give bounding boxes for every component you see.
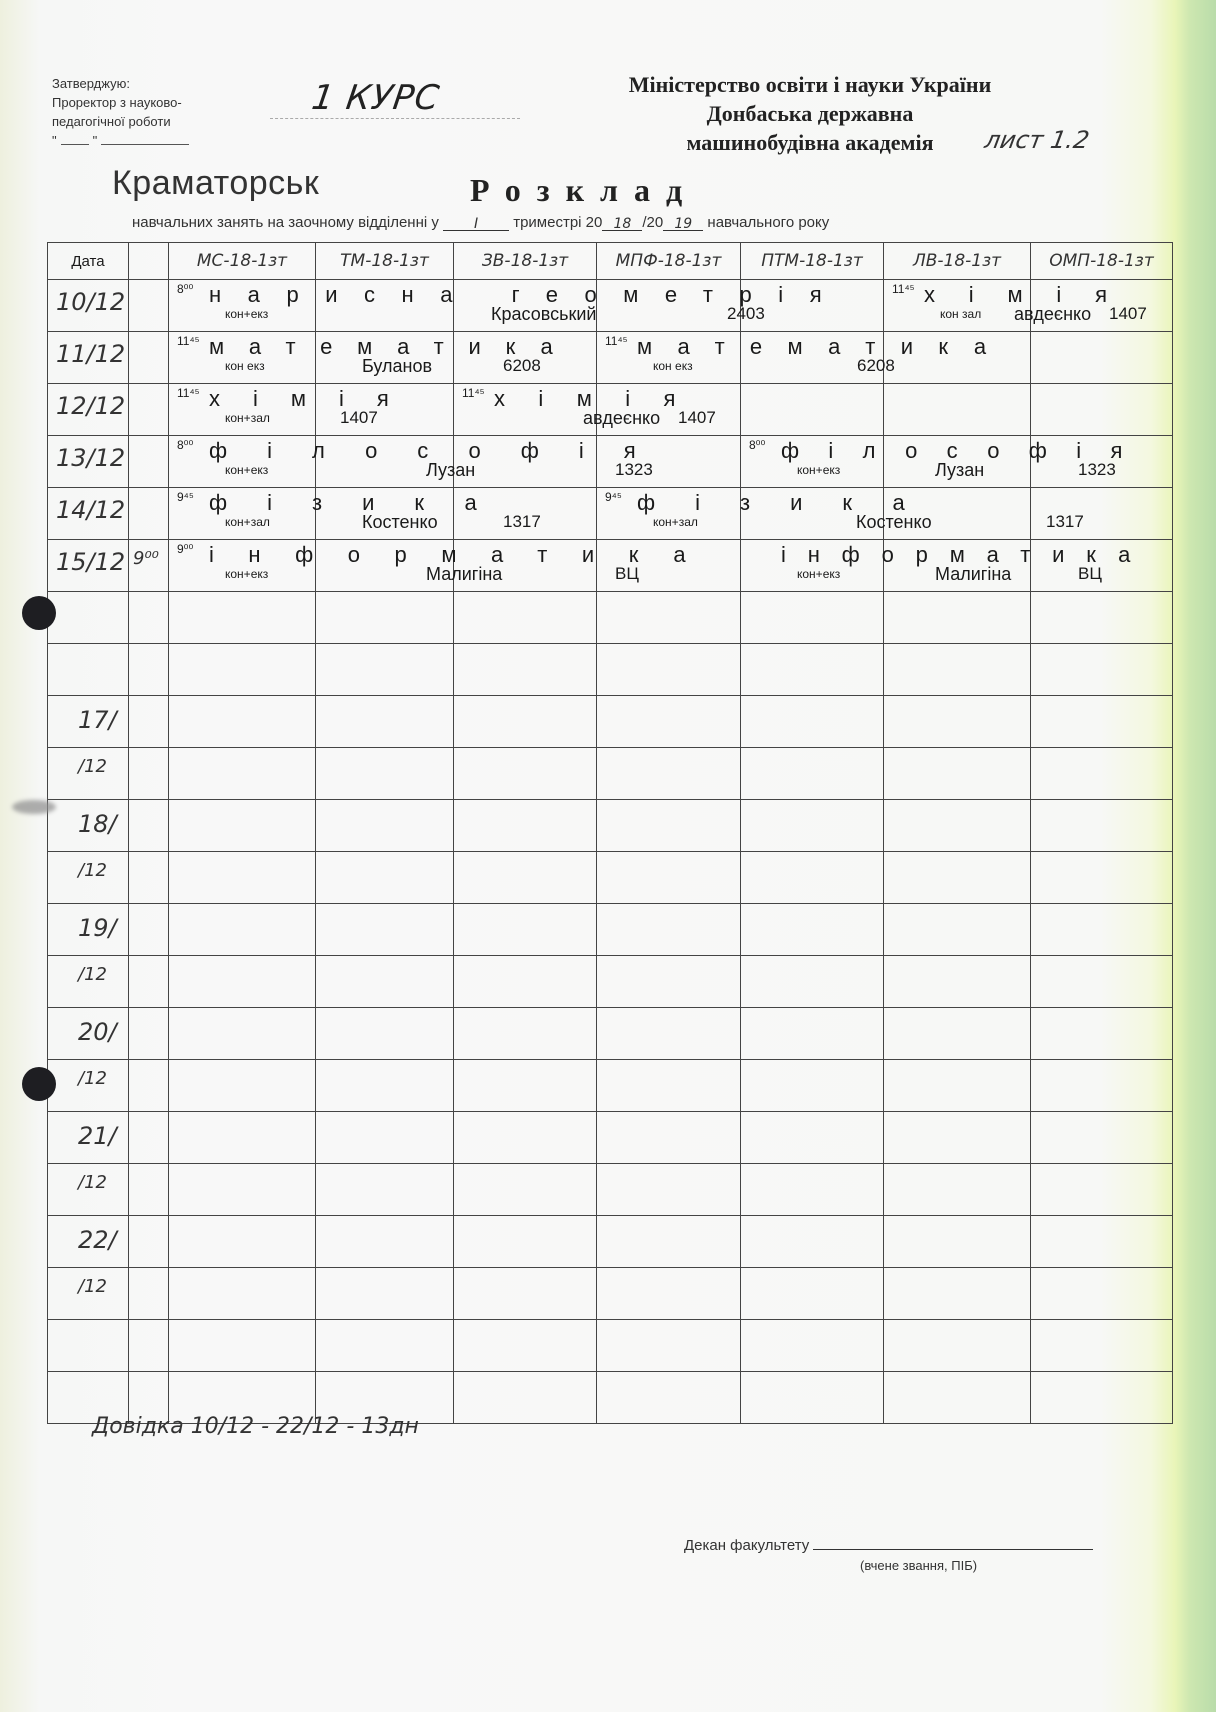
date-cell: 17/ <box>48 696 129 748</box>
schedule-cell <box>454 1372 597 1424</box>
schedule-cell <box>129 1112 169 1164</box>
schedule-cell <box>597 436 741 488</box>
time-cell <box>129 280 169 332</box>
course-underline <box>270 118 520 119</box>
schedule-row: /12 <box>48 748 1173 800</box>
schedule-row: /12 <box>48 1268 1173 1320</box>
lesson-time: 8⁰⁰ <box>177 282 193 296</box>
schedule-cell <box>884 436 1031 488</box>
schedule-row: /12 <box>48 1164 1173 1216</box>
group-header: МС-18-1зт <box>169 243 316 280</box>
schedule-cell: 9⁰⁰інформатикакон+екзМалигінаВЦ <box>169 540 316 592</box>
schedule-cell <box>741 1268 884 1320</box>
schedule-cell <box>454 852 597 904</box>
subtitle-text: /20 <box>642 214 663 231</box>
date-month: /12 <box>78 1172 107 1193</box>
date-month: /12 <box>78 1068 107 1089</box>
date-cell <box>48 644 129 696</box>
date-cell <box>48 592 129 644</box>
schedule-cell <box>454 436 597 488</box>
schedule-cell <box>741 1372 884 1424</box>
schedule-cell <box>454 540 597 592</box>
schedule-cell: 8⁰⁰нарисна геометріякон+екзКрасовський24… <box>169 280 316 332</box>
schedule-cell <box>454 696 597 748</box>
schedule-cell <box>741 1216 884 1268</box>
lesson-kind: кон екз <box>653 359 693 373</box>
schedule-cell <box>454 592 597 644</box>
schedule-cell: 11⁴⁵хіміякон+зал1407 <box>169 384 316 436</box>
date-value: 15/12 <box>56 548 125 576</box>
approval-signature: "" <box>52 131 189 150</box>
schedule-cell <box>316 280 454 332</box>
schedule-row: /12 <box>48 956 1173 1008</box>
schedule-cell <box>316 904 454 956</box>
schedule-cell <box>597 1060 741 1112</box>
document-title: Розклад <box>470 172 698 209</box>
date-month: /12 <box>78 1276 107 1297</box>
schedule-cell <box>454 1060 597 1112</box>
sheet-label: лист 1.2 <box>983 126 1092 154</box>
schedule-row: /12 <box>48 1060 1173 1112</box>
schedule-cell <box>1031 1320 1173 1372</box>
time-header <box>129 243 169 280</box>
schedule-cell <box>741 1060 884 1112</box>
date-month: /12 <box>78 756 107 777</box>
date-cell: 21/ <box>48 1112 129 1164</box>
schedule-cell <box>454 644 597 696</box>
schedule-row: 20/ <box>48 1008 1173 1060</box>
lesson-kind: кон+екз <box>225 463 268 477</box>
schedule-cell <box>169 1164 316 1216</box>
schedule-cell <box>597 696 741 748</box>
schedule-row <box>48 592 1173 644</box>
schedule-row: 22/ <box>48 1216 1173 1268</box>
schedule-cell <box>316 644 454 696</box>
date-cell: 22/ <box>48 1216 129 1268</box>
date-cell: 13/12 <box>48 436 129 488</box>
schedule-cell <box>169 1008 316 1060</box>
date-day: 19/ <box>78 914 117 942</box>
schedule-cell <box>884 904 1031 956</box>
date-cell: /12 <box>48 748 129 800</box>
schedule-cell <box>316 1320 454 1372</box>
schedule-cell <box>454 280 597 332</box>
schedule-cell <box>884 1008 1031 1060</box>
date-cell: /12 <box>48 1164 129 1216</box>
schedule-cell <box>316 748 454 800</box>
schedule-cell <box>741 1008 884 1060</box>
ministry-line-1: Міністерство освіти і науки України <box>560 70 1060 99</box>
schedule-cell: 11⁴⁵хіміяавдеєнко1407 <box>454 384 597 436</box>
schedule-cell <box>48 1320 129 1372</box>
date-cell: 12/12 <box>48 384 129 436</box>
schedule-cell <box>1031 436 1173 488</box>
schedule-cell <box>129 1164 169 1216</box>
time-cell <box>129 488 169 540</box>
schedule-cell <box>316 956 454 1008</box>
lesson-time: 8⁰⁰ <box>177 438 193 452</box>
schedule-cell <box>454 1112 597 1164</box>
lesson-time: 11⁴⁵ <box>177 386 200 400</box>
schedule-cell <box>169 800 316 852</box>
date-cell: 15/12 <box>48 540 129 592</box>
schedule-cell <box>884 1320 1031 1372</box>
lesson-kind: кон+екз <box>225 567 268 581</box>
schedule-cell <box>597 800 741 852</box>
date-cell: 20/ <box>48 1008 129 1060</box>
schedule-cell <box>597 748 741 800</box>
group-header: ЗВ-18-1зт <box>454 243 597 280</box>
schedule-row: 21/ <box>48 1112 1173 1164</box>
date-day: 20/ <box>78 1018 117 1046</box>
schedule-cell <box>316 852 454 904</box>
schedule-cell <box>741 1164 884 1216</box>
schedule-cell <box>316 1216 454 1268</box>
schedule-cell <box>1031 540 1173 592</box>
date-cell: /12 <box>48 852 129 904</box>
schedule-cell <box>454 332 597 384</box>
lesson-time: 11⁴⁵ <box>605 334 628 348</box>
lesson-kind: кон+зал <box>225 411 270 425</box>
date-value: 14/12 <box>56 496 125 524</box>
schedule-cell <box>169 592 316 644</box>
schedule-cell <box>169 852 316 904</box>
schedule-cell <box>129 1216 169 1268</box>
schedule-cell <box>129 852 169 904</box>
schedule-cell <box>1031 1216 1173 1268</box>
schedule-cell <box>316 592 454 644</box>
schedule-cell <box>169 1268 316 1320</box>
punch-hole <box>22 1067 56 1101</box>
date-month: /12 <box>78 964 107 985</box>
schedule-row: 12/1211⁴⁵хіміякон+зал140711⁴⁵хіміяавдеєн… <box>48 384 1173 436</box>
group-header: ТМ-18-1зт <box>316 243 454 280</box>
time-cell <box>129 436 169 488</box>
schedule-cell <box>169 696 316 748</box>
schedule-cell <box>597 1008 741 1060</box>
schedule-cell <box>129 696 169 748</box>
schedule-cell <box>1031 800 1173 852</box>
schedule-cell <box>454 488 597 540</box>
schedule-cell <box>1031 1060 1173 1112</box>
schedule-cell <box>129 644 169 696</box>
schedule-cell <box>316 488 454 540</box>
approval-line-2: Проректор з науково- <box>52 93 189 112</box>
schedule-cell <box>454 1268 597 1320</box>
schedule-cell <box>884 1268 1031 1320</box>
lesson-time: 9⁴⁵ <box>177 490 194 504</box>
date-day: 18/ <box>78 810 117 838</box>
schedule-cell <box>597 852 741 904</box>
dean-label: Декан факультету <box>684 1537 809 1554</box>
date-value: 12/12 <box>56 392 125 420</box>
lesson-kind: кон зал <box>940 307 981 321</box>
schedule-cell <box>1031 1112 1173 1164</box>
date-value: 13/12 <box>56 444 125 472</box>
date-cell: 11/12 <box>48 332 129 384</box>
schedule-cell <box>597 384 741 436</box>
schedule-cell <box>316 1164 454 1216</box>
group-header: ПТМ-18-1зт <box>741 243 884 280</box>
schedule-cell <box>597 540 741 592</box>
schedule-cell: 11⁴⁵математикакон екз6208 <box>597 332 741 384</box>
schedule-cell <box>169 956 316 1008</box>
schedule-cell <box>129 592 169 644</box>
schedule-cell <box>169 904 316 956</box>
schedule-cell <box>884 540 1031 592</box>
schedule-cell <box>597 1216 741 1268</box>
dean-signature: Декан факультету <box>684 1537 1093 1554</box>
time-cell <box>129 384 169 436</box>
schedule-cell <box>597 1372 741 1424</box>
header-row: Дата МС-18-1зт ТМ-18-1зт ЗВ-18-1зт МПФ-1… <box>48 243 1173 280</box>
time-cell: 9⁰⁰ <box>129 540 169 592</box>
schedule-cell <box>454 1164 597 1216</box>
lesson-kind: кон+зал <box>653 515 698 529</box>
schedule-cell <box>884 748 1031 800</box>
schedule-cell <box>884 332 1031 384</box>
schedule-cell <box>884 644 1031 696</box>
date-month: /12 <box>78 860 107 881</box>
lesson-time: 9⁰⁰ <box>177 542 193 556</box>
lesson-time: 11⁴⁵ <box>462 386 485 400</box>
schedule-cell <box>316 1008 454 1060</box>
lesson-time: 11⁴⁵ <box>892 282 915 296</box>
group-header: ЛВ-18-1зт <box>884 243 1031 280</box>
schedule-cell <box>741 644 884 696</box>
schedule-cell <box>884 384 1031 436</box>
lesson-kind: кон екз <box>225 359 265 373</box>
schedule-cell <box>597 1268 741 1320</box>
approval-block: Затверджую: Проректор з науково- педагог… <box>52 74 189 150</box>
trimester-field: I <box>443 218 509 231</box>
schedule-cell <box>597 644 741 696</box>
schedule-cell <box>169 1112 316 1164</box>
schedule-row: 10/128⁰⁰нарисна геометріякон+екзКрасовсь… <box>48 280 1173 332</box>
schedule-cell <box>129 904 169 956</box>
schedule-cell <box>169 748 316 800</box>
schedule-cell <box>1031 1268 1173 1320</box>
schedule-cell <box>884 956 1031 1008</box>
schedule-cell <box>129 1268 169 1320</box>
schedule-row: 13/128⁰⁰філософіякон+екзЛузан13238⁰⁰філо… <box>48 436 1173 488</box>
schedule-cell: 9⁴⁵фізикакон+залКостенко1317 <box>597 488 741 540</box>
dean-hint: (вчене звання, ПІБ) <box>860 1558 977 1573</box>
approval-line-1: Затверджую: <box>52 74 189 93</box>
subtitle-text: триместрі 20 <box>513 214 602 231</box>
schedule-cell <box>741 488 884 540</box>
time-cell <box>129 332 169 384</box>
schedule-row <box>48 644 1173 696</box>
schedule-cell <box>454 800 597 852</box>
schedule-cell <box>741 696 884 748</box>
date-day: 21/ <box>78 1122 117 1150</box>
city-name: Краматорськ <box>112 164 319 203</box>
schedule-cell <box>454 1216 597 1268</box>
schedule-cell <box>1031 904 1173 956</box>
year-start-field: 18 <box>602 218 642 231</box>
date-day: 22/ <box>78 1226 117 1254</box>
schedule-cell <box>316 1060 454 1112</box>
schedule-cell <box>884 800 1031 852</box>
ministry-line-2: Донбаська державна <box>560 99 1060 128</box>
course-label: 1 КУРС <box>309 78 442 118</box>
schedule-cell <box>129 748 169 800</box>
schedule-cell <box>597 280 741 332</box>
subtitle-text: навчального року <box>707 214 829 231</box>
schedule-cell <box>741 800 884 852</box>
schedule-cell <box>1031 1008 1173 1060</box>
document-subtitle: навчальних занять на заочному відділенні… <box>132 214 829 231</box>
punch-hole <box>22 596 56 630</box>
schedule-cell <box>1031 280 1173 332</box>
schedule-cell <box>741 592 884 644</box>
schedule-cell <box>884 696 1031 748</box>
schedule-cell <box>454 956 597 1008</box>
schedule-cell <box>454 904 597 956</box>
date-cell: 14/12 <box>48 488 129 540</box>
schedule-cell <box>1031 488 1173 540</box>
group-header: ОМП-18-1зт <box>1031 243 1173 280</box>
date-cell: /12 <box>48 1060 129 1112</box>
schedule-cell <box>1031 748 1173 800</box>
schedule-cell <box>597 1112 741 1164</box>
schedule-cell <box>316 384 454 436</box>
schedule-row: /12 <box>48 852 1173 904</box>
schedule-cell <box>316 1112 454 1164</box>
schedule-cell <box>316 540 454 592</box>
schedule-cell <box>169 1060 316 1112</box>
schedule-cell: інформатикакон+екзМалигінаВЦ <box>741 540 884 592</box>
schedule-cell <box>884 1216 1031 1268</box>
schedule-row: 14/129⁴⁵фізикакон+залКостенко13179⁴⁵фізи… <box>48 488 1173 540</box>
schedule-cell <box>741 1112 884 1164</box>
lesson-kind: кон+зал <box>225 515 270 529</box>
date-cell: 19/ <box>48 904 129 956</box>
schedule-cell <box>884 1060 1031 1112</box>
schedule-row: 15/129⁰⁰9⁰⁰інформатикакон+екзМалигінаВЦі… <box>48 540 1173 592</box>
subtitle-text: навчальних занять на заочному відділенні… <box>132 214 439 231</box>
schedule-cell <box>316 332 454 384</box>
schedule-cell <box>1031 384 1173 436</box>
schedule-cell <box>1031 956 1173 1008</box>
schedule-cell <box>454 748 597 800</box>
schedule-cell <box>884 488 1031 540</box>
date-cell: 10/12 <box>48 280 129 332</box>
schedule-cell <box>741 852 884 904</box>
schedule-cell: 8⁰⁰філософіякон+екзЛузан1323 <box>169 436 316 488</box>
schedule-cell <box>884 1164 1031 1216</box>
date-value: 10/12 <box>56 288 125 316</box>
schedule-cell <box>129 1060 169 1112</box>
schedule-cell <box>597 592 741 644</box>
schedule-cell <box>1031 592 1173 644</box>
reference-note: Довідка 10/12 - 22/12 - 13дн <box>92 1414 419 1439</box>
schedule-cell <box>129 800 169 852</box>
schedule-cell <box>129 1320 169 1372</box>
schedule-cell <box>454 1320 597 1372</box>
schedule-row: 19/ <box>48 904 1173 956</box>
lesson-kind: кон+екз <box>797 463 840 477</box>
lesson-kind: кон+екз <box>797 567 840 581</box>
schedule-cell <box>129 956 169 1008</box>
schedule-cell <box>597 1164 741 1216</box>
schedule-cell <box>129 1008 169 1060</box>
schedule-cell <box>1031 332 1173 384</box>
schedule-cell <box>316 436 454 488</box>
note-row <box>48 1320 1173 1372</box>
schedule-cell: 11⁴⁵хіміякон залавдеєнко1407 <box>884 280 1031 332</box>
year-end-field: 19 <box>663 218 703 231</box>
schedule-cell <box>316 800 454 852</box>
schedule-cell <box>741 748 884 800</box>
approval-line-3: педагогічної роботи <box>52 112 189 131</box>
date-cell: /12 <box>48 956 129 1008</box>
schedule-cell <box>741 384 884 436</box>
schedule-cell <box>597 956 741 1008</box>
schedule-cell <box>1031 696 1173 748</box>
schedule-cell <box>597 1320 741 1372</box>
schedule-cell <box>741 280 884 332</box>
schedule-cell <box>454 1008 597 1060</box>
schedule-cell <box>169 1216 316 1268</box>
schedule-cell <box>884 1112 1031 1164</box>
date-header: Дата <box>48 243 129 280</box>
schedule-row: 17/ <box>48 696 1173 748</box>
schedule-row: 18/ <box>48 800 1173 852</box>
date-value: 11/12 <box>56 340 125 368</box>
schedule-cell <box>316 696 454 748</box>
schedule-cell <box>1031 1164 1173 1216</box>
schedule-cell <box>884 852 1031 904</box>
lesson-time: 8⁰⁰ <box>749 438 765 452</box>
schedule-cell <box>884 1372 1031 1424</box>
lesson-time: 11⁴⁵ <box>177 334 200 348</box>
schedule-cell <box>741 956 884 1008</box>
lesson-time: 9⁴⁵ <box>605 490 622 504</box>
schedule-table: Дата МС-18-1зт ТМ-18-1зт ЗВ-18-1зт МПФ-1… <box>47 242 1173 1424</box>
schedule-cell <box>741 332 884 384</box>
schedule-cell: 11⁴⁵математикакон екзБуланов6208 <box>169 332 316 384</box>
date-cell: 18/ <box>48 800 129 852</box>
schedule-cell <box>741 904 884 956</box>
lesson-kind: кон+екз <box>225 307 268 321</box>
schedule-cell <box>1031 644 1173 696</box>
time-value: 9⁰⁰ <box>133 548 159 569</box>
group-header: МПФ-18-1зт <box>597 243 741 280</box>
schedule-cell <box>597 904 741 956</box>
date-day: 17/ <box>78 706 117 734</box>
schedule-cell <box>1031 1372 1173 1424</box>
schedule-cell <box>169 1320 316 1372</box>
date-cell: /12 <box>48 1268 129 1320</box>
schedule-cell <box>741 1320 884 1372</box>
schedule-cell <box>169 644 316 696</box>
schedule-cell <box>316 1268 454 1320</box>
schedule-row: 11/1211⁴⁵математикакон екзБуланов620811⁴… <box>48 332 1173 384</box>
schedule-cell: 8⁰⁰філософіякон+екзЛузан1323 <box>741 436 884 488</box>
schedule-cell <box>1031 852 1173 904</box>
schedule-cell: 9⁴⁵фізикакон+залКостенко1317 <box>169 488 316 540</box>
smudge-mark <box>12 800 56 814</box>
schedule-cell <box>884 592 1031 644</box>
